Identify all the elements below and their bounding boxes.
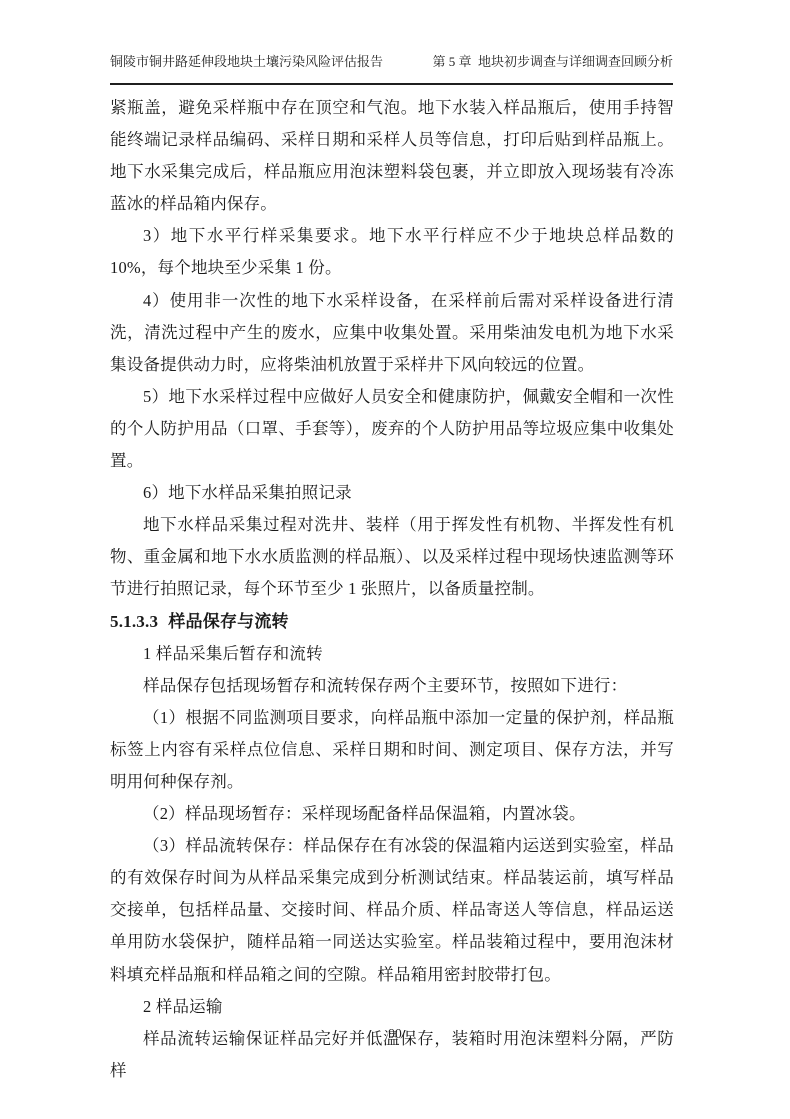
document-page: 铜陵市铜井路延伸段地块土壤污染风险评估报告 第 5 章 地块初步调查与详细调查回… [0,0,790,1119]
document-body: 紧瓶盖，避免采样瓶中存在顶空和气泡。地下水装入样品瓶后，使用手持智能终端记录样品… [110,92,674,1087]
paragraph-subitem-1: 1 样品采集后暂存和流转 [110,638,674,670]
paragraph-step-1: （1）根据不同监测项目要求，向样品瓶中添加一定量的保护剂，样品瓶标签上内容有采样… [110,702,674,798]
section-heading-title: 样品保存与流转 [168,612,288,631]
page-number: 90 [388,1026,402,1041]
paragraph-step-3: （3）样品流转保存：样品保存在有冰袋的保温箱内运送到实验室，样品的有效保存时间为… [110,830,674,990]
paragraph-continuation: 紧瓶盖，避免采样瓶中存在顶空和气泡。地下水装入样品瓶后，使用手持智能终端记录样品… [110,92,674,220]
paragraph-step-2: （2）样品现场暂存：采样现场配备样品保温箱，内置冰袋。 [110,798,674,830]
paragraph-item-6: 6）地下水样品采集拍照记录 [110,477,674,509]
header-rule [110,83,673,85]
header-right-title: 第 5 章 地块初步调查与详细调查回顾分析 [432,54,673,70]
paragraph-storage-intro: 样品保存包括现场暂存和流转保存两个主要环节，按照如下进行： [110,670,674,702]
page-footer: 90 [0,1026,790,1042]
paragraph-item-5: 5）地下水采样过程中应做好人员安全和健康防护，佩戴安全帽和一次性的个人防护用品（… [110,381,674,477]
paragraph-photo-record: 地下水样品采集过程对洗井、装样（用于挥发性有机物、半挥发性有机物、重金属和地下水… [110,509,674,605]
paragraph-item-4: 4）使用非一次性的地下水采样设备，在采样前后需对采样设备进行清洗，清洗过程中产生… [110,285,674,381]
page-header: 铜陵市铜井路延伸段地块土壤污染风险评估报告 第 5 章 地块初步调查与详细调查回… [110,54,673,70]
paragraph-subitem-2: 2 样品运输 [110,991,674,1023]
section-heading-number: 5.1.3.3 [110,612,158,631]
header-left-title: 铜陵市铜井路延伸段地块土壤污染风险评估报告 [110,54,383,70]
section-heading: 5.1.3.3样品保存与流转 [110,606,674,638]
paragraph-item-3: 3）地下水平行样采集要求。地下水平行样应不少于地块总样品数的 10%，每个地块至… [110,220,674,284]
